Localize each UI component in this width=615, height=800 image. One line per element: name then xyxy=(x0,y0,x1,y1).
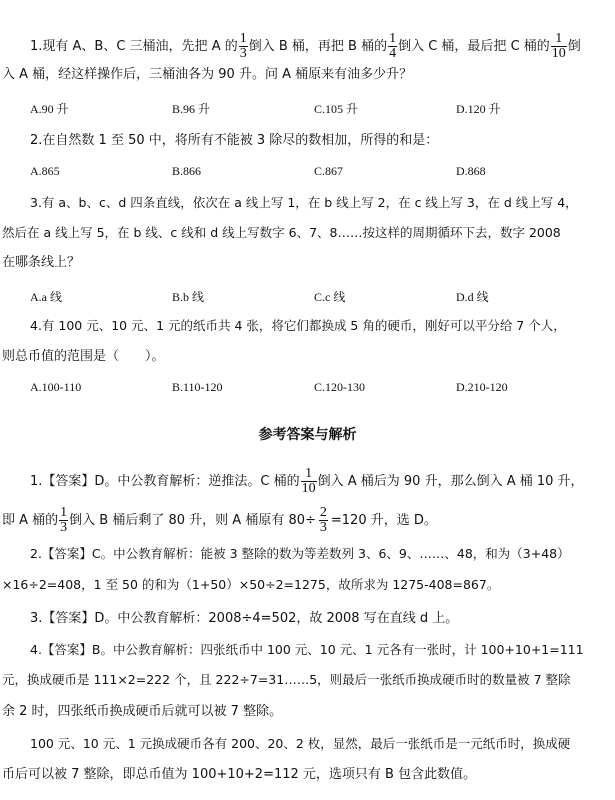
answers-title: 参考答案与解析 xyxy=(0,424,615,444)
q1-option-c: C.105 升 xyxy=(314,100,358,117)
q2-option-b: B.866 xyxy=(172,164,201,179)
answer-1-line-2: 即 A 桶的13倒入 B 桶后剩了 80 升，则 A 桶原有 80÷23=120… xyxy=(2,506,437,535)
q1-option-b: B.96 升 xyxy=(172,100,210,117)
fraction-one-quarter: 14 xyxy=(388,32,397,61)
question-1-line-1: 1.现有 A、B、C 三桶油，先把 A 的13倒入 B 桶，再把 B 桶的14倒… xyxy=(30,32,581,61)
q4-option-b: B.110-120 xyxy=(172,380,223,395)
q3-option-a: A.a 线 xyxy=(30,288,62,305)
fraction-one-tenth: 110 xyxy=(301,467,317,496)
a1-text-b: 倒入 A 桶后为 90 升，那么倒入 A 桶 10 升， xyxy=(318,474,584,489)
answer-4-line-4: 100 元、10 元、1 元换成硬币各有 200、20、2 枚，显然，最后一张纸… xyxy=(30,736,570,752)
answer-3-line-1: 3.【答案】D。中公教育解析：2008÷4=502，故 2008 写在直线 d … xyxy=(30,611,458,627)
question-3-line-3: 在哪条线上？ xyxy=(2,255,80,271)
a1-text-a: 1.【答案】D。中公教育解析：逆推法。C 桶的 xyxy=(30,474,300,489)
q3-option-d: D.d 线 xyxy=(456,288,489,305)
answer-1-line-1: 1.【答案】D。中公教育解析：逆推法。C 桶的110倒入 A 桶后为 90 升，… xyxy=(30,467,584,496)
q1-text-c: 倒入 C 桶，最后把 C 桶的 xyxy=(398,39,550,54)
q1-text-a: 1.现有 A、B、C 三桶油，先把 A 的 xyxy=(30,39,238,54)
question-3-line-1: 3.有 a、b、c、d 四条直线，依次在 a 线上写 1，在 b 线上写 2，在… xyxy=(30,195,578,211)
q1-option-a: A.90 升 xyxy=(30,100,69,117)
q2-option-d: D.868 xyxy=(456,164,486,179)
fraction-one-tenth: 110 xyxy=(551,32,567,61)
question-4-line-2: 则总币值的范围是（ ）。 xyxy=(2,349,165,365)
fraction-two-thirds: 23 xyxy=(319,506,328,535)
answer-2-line-2: ×16÷2=408，1 至 50 的和为（1+50）×50÷2=1275，故所求… xyxy=(2,577,499,593)
fraction-one-third: 13 xyxy=(239,32,248,61)
q2-option-c: C.867 xyxy=(314,164,343,179)
q1-text-b: 倒入 B 桶，再把 B 桶的 xyxy=(249,39,387,54)
q4-option-d: D.210-120 xyxy=(456,380,508,395)
question-1-line-2: 入 A 桶，经这样操作后，三桶油各为 90 升。问 A 桶原来有油多少升？ xyxy=(2,67,412,83)
a1-text-e: =120 升，选 D。 xyxy=(331,513,437,528)
answer-4-line-1: 4.【答案】B。中公教育解析：四张纸币中 100 元、10 元、1 元各有一张时… xyxy=(30,642,584,658)
q1-option-d: D.120 升 xyxy=(456,100,501,117)
answer-4-line-3: 余 2 时，四张纸币换成硬币后就可以被 7 整除。 xyxy=(2,704,282,720)
a1-text-d: 倒入 B 桶后剩了 80 升，则 A 桶原有 80÷ xyxy=(69,513,316,528)
answer-4-line-2: 元，换成硬币是 111×2=222 个，且 222÷7=31……5，则最后一张纸… xyxy=(2,672,571,688)
question-3-line-2: 然后在 a 线上写 5，在 b 线、c 线和 d 线上写数字 6、7、8……按这… xyxy=(2,225,561,241)
q3-option-c: C.c 线 xyxy=(314,288,345,305)
q1-text-d: 倒 xyxy=(568,39,581,54)
answer-2-line-1: 2.【答案】C。中公教育解析：能被 3 整除的数为等差数列 3、6、9、……、4… xyxy=(30,546,570,562)
q4-option-a: A.100-110 xyxy=(30,380,81,395)
answer-4-line-5: 币后可以被 7 整除，即总币值为 100+10+2=112 元，选项只有 B 包… xyxy=(2,767,476,783)
question-4-line-1: 4.有 100 元、10 元、1 元的纸币共 4 张，将它们都换成 5 角的硬币… xyxy=(30,318,566,334)
q3-option-b: B.b 线 xyxy=(172,288,204,305)
q2-option-a: A.865 xyxy=(30,164,60,179)
fraction-one-third: 13 xyxy=(59,506,68,535)
a1-text-c: 即 A 桶的 xyxy=(2,513,58,528)
q4-option-c: C.120-130 xyxy=(314,380,365,395)
question-2-line-1: 2.在自然数 1 至 50 中，将所有不能被 3 除尽的数相加，所得的和是： xyxy=(30,133,438,149)
